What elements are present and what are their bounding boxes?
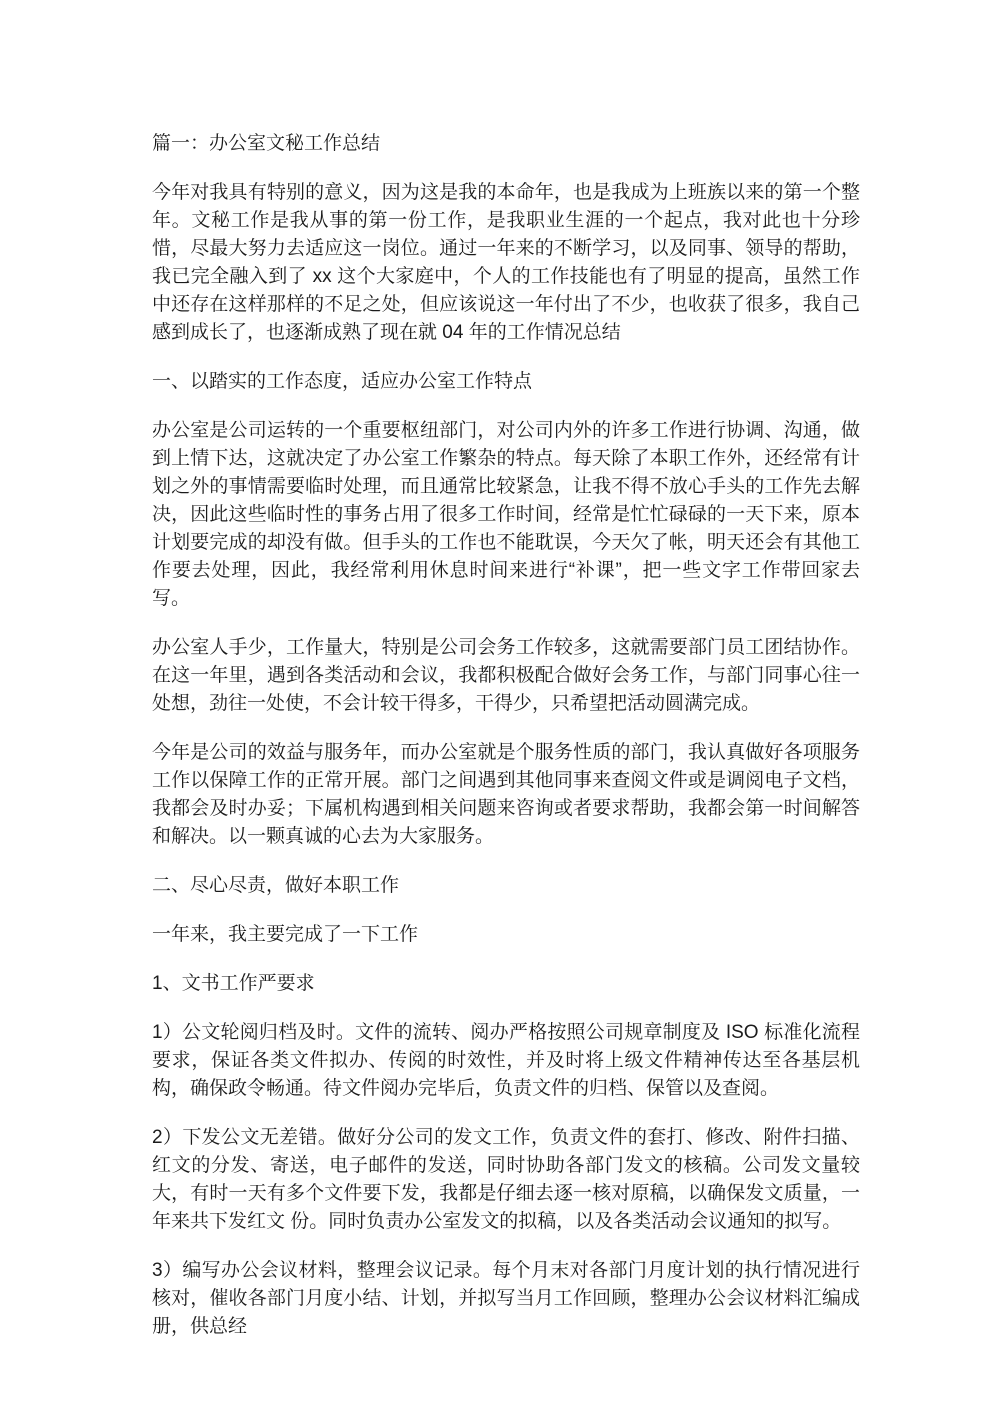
section-heading-1: 一、以踏实的工作态度，适应办公室工作特点 bbox=[152, 368, 860, 396]
doc-title: 篇一：办公室文秘工作总结 bbox=[152, 130, 860, 158]
document-content: 篇一：办公室文秘工作总结 今年对我具有特别的意义，因为这是我的本命年，也是我成为… bbox=[152, 130, 860, 1341]
section-heading-2: 二、尽心尽责，做好本职工作 bbox=[152, 872, 860, 900]
subheading-clerical-work: 1、文书工作严要求 bbox=[152, 970, 860, 998]
paragraph-teamwork: 办公室人手少，工作量大，特别是公司会务工作较多，这就需要部门员工团结协作。在这一… bbox=[152, 634, 860, 718]
paragraph-item-3-minutes: 3）编写办公会议材料，整理会议记录。每个月末对各部门月度计划的执行情况进行核对，… bbox=[152, 1257, 860, 1341]
paragraph-intro: 今年对我具有特别的意义，因为这是我的本命年，也是我成为上班族以来的第一个整年。文… bbox=[152, 179, 860, 347]
paragraph-item-1-filing: 1）公文轮阅归档及时。文件的流转、阅办严格按照公司规章制度及 ISO 标准化流程… bbox=[152, 1019, 860, 1103]
paragraph-service: 今年是公司的效益与服务年，而办公室就是个服务性质的部门，我认真做好各项服务工作以… bbox=[152, 739, 860, 851]
subline-yearly-work: 一年来，我主要完成了一下工作 bbox=[152, 921, 860, 949]
paragraph-item-2-dispatch: 2）下发公文无差错。做好分公司的发文工作，负责文件的套打、修改、附件扫描、红文的… bbox=[152, 1124, 860, 1236]
paragraph-office-role: 办公室是公司运转的一个重要枢纽部门，对公司内外的许多工作进行协调、沟通，做到上情… bbox=[152, 417, 860, 613]
document-page: 篇一：办公室文秘工作总结 今年对我具有特别的意义，因为这是我的本命年，也是我成为… bbox=[0, 0, 1000, 1415]
